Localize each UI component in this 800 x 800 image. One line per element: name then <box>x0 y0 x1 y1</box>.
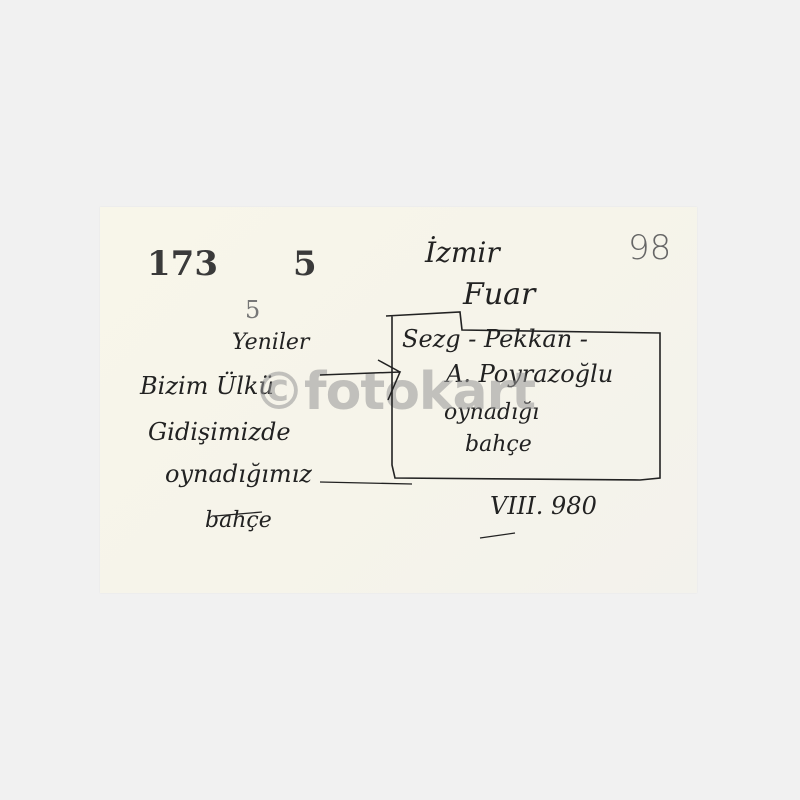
ink-box-outline <box>0 0 800 800</box>
